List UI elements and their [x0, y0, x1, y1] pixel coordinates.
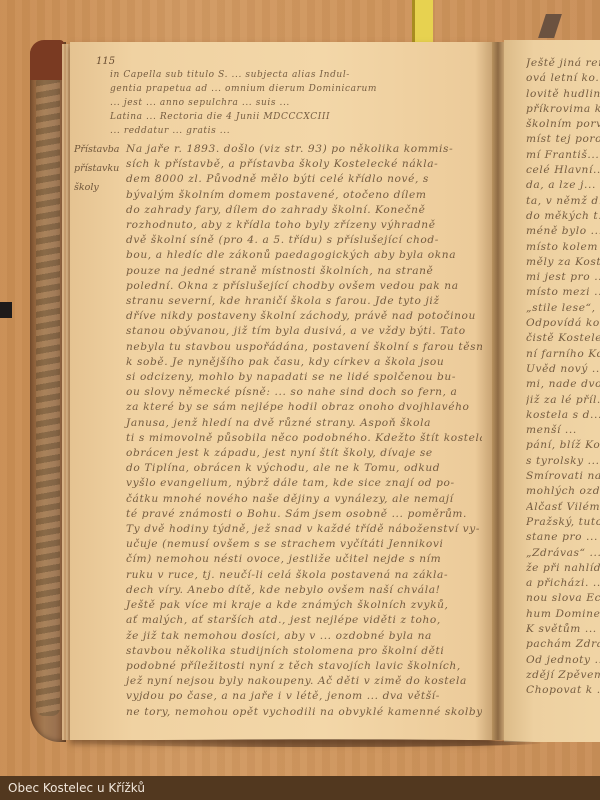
- handwritten-line: Smírovati na...: [526, 469, 600, 484]
- handwritten-line: jež nyní nejsou byly nakoupeny. Ač děti …: [126, 674, 482, 689]
- handwritten-line: mi jest pro ...: [526, 270, 600, 285]
- handwritten-line: pouze na jedné straně místnosti školních…: [126, 264, 482, 279]
- handwritten-line: míst tej poro...: [526, 132, 600, 147]
- handwritten-line: místo mezi ...: [526, 285, 600, 300]
- handwritten-line: do měkých t...: [526, 209, 600, 224]
- handwritten-line: Odpovídá kolo...: [526, 316, 600, 331]
- handwritten-line: a přicházi. ...: [526, 576, 600, 591]
- handwritten-line: polední. Okna z příslušející chodby ovše…: [126, 279, 482, 294]
- handwritten-line: Pražský, tuto ...: [526, 515, 600, 530]
- handwritten-line: hum Domine ...: [526, 607, 600, 622]
- handwritten-line: Janusa, jenž hledí na dvě různé strany. …: [126, 416, 482, 431]
- handwritten-line: školním porvaz...: [526, 117, 600, 132]
- handwritten-line: méně bylo ...: [526, 224, 600, 239]
- handwritten-line: stavbou několika studijních stolomena pr…: [126, 644, 482, 659]
- latin-line: ... reddatur ... gratis ...: [110, 124, 482, 138]
- handwritten-line: stane pro ...: [526, 530, 600, 545]
- handwritten-line: ne tory, nemohou opět vychodili na obvyk…: [126, 705, 482, 720]
- margin-note-line: školy: [74, 178, 122, 197]
- handwritten-line: ta, v němž d...: [526, 194, 600, 209]
- left-page-handwriting: in Capella sub titulo S. ... subjecta al…: [90, 68, 482, 720]
- handwritten-line: ou slovy německé písně: ... so nahe sind…: [126, 385, 482, 400]
- handwritten-line: mohlých ozdo...: [526, 484, 600, 499]
- handwritten-line: čím) nemohou nésti ovoce, jestliže učite…: [126, 552, 482, 567]
- handwritten-line: si odcizeny, mohlo by napadati se ne lid…: [126, 370, 482, 385]
- handwritten-line: do zahrady fary, dílem do zahrady školní…: [126, 203, 482, 218]
- handwritten-line: k sobě. Je nynějšího pak času, kdy círke…: [126, 355, 482, 370]
- handwritten-line: Na jaře r. 1893. došlo (viz str. 93) po …: [126, 142, 482, 157]
- latin-line: gentia prapetua ad ... omnium dierum Dom…: [110, 82, 482, 96]
- handwritten-line: rozhodnuto, aby z křídla toho byly zříze…: [126, 218, 482, 233]
- handwritten-line: lovitě hudlin...: [526, 87, 600, 102]
- latin-line: in Capella sub titulo S. ... subjecta al…: [110, 68, 482, 82]
- handwritten-line: té pravé známosti o Bohu. Sám jsem osobn…: [126, 507, 482, 522]
- handwritten-line: celé Hlavní...: [526, 163, 600, 178]
- margin-note-line: Přístavba: [74, 140, 122, 159]
- margin-note-line: přístavku: [74, 159, 122, 178]
- handwritten-line: příkrovima k...: [526, 102, 600, 117]
- handwritten-line: čistě Kostelec...: [526, 331, 600, 346]
- chronicle-body-text: Na jaře r. 1893. došlo (viz str. 93) po …: [126, 142, 482, 720]
- handwritten-line: ruku v ruce, tj. neučí-li celá škola pos…: [126, 568, 482, 583]
- handwritten-line: že při nahlídce...: [526, 561, 600, 576]
- handwritten-line: sích k přístavbě, a přístavba školy Kost…: [126, 157, 482, 172]
- latin-line: Latina ... Rectoria die 4 Junii MDCCCXCI…: [110, 110, 482, 124]
- handwritten-line: čátku mnohé nového naše dějiny a vynález…: [126, 492, 482, 507]
- handwritten-line: obrácen jest k západu, jest nyní štít šk…: [126, 446, 482, 461]
- handwritten-line: ová letní ko...: [526, 71, 600, 86]
- handwritten-line: ní farního Ko...: [526, 347, 600, 362]
- dark-ribbon-bookmark: [0, 302, 12, 318]
- handwritten-line: Od jednoty ...: [526, 653, 600, 668]
- handwritten-line: mi, nade dvor...: [526, 377, 600, 392]
- handwritten-line: da, a lze j...: [526, 178, 600, 193]
- handwritten-line: Uvěd nový ...: [526, 362, 600, 377]
- handwritten-line: pání, blíž Ko...: [526, 438, 600, 453]
- handwritten-line: Ještě pak více mi kraje a kde známých šk…: [126, 598, 482, 613]
- handwritten-line: učuje (nemusí ovšem s se strachem vyčítá…: [126, 537, 482, 552]
- handwritten-line: dříve nikdy postaveny školní záchody, pr…: [126, 309, 482, 324]
- marbled-cover-pattern: [36, 56, 60, 716]
- handwritten-line: menší ...: [526, 423, 600, 438]
- handwritten-line: Alčasť Vilém ...: [526, 500, 600, 515]
- handwritten-line: místo kolem ...: [526, 240, 600, 255]
- handwritten-line: pachám Zdráv...: [526, 637, 600, 652]
- handwritten-line: bou, a hledíc dle zákonů paedagogických …: [126, 248, 482, 263]
- handwritten-line: Ještě jiná rem...: [526, 56, 600, 71]
- margin-note: Přístavba přístavku školy: [74, 140, 122, 197]
- handwritten-line: nebyla tu stavbou uspořádána, postavení …: [126, 340, 482, 355]
- handwritten-line: ať malých, ať starších atd., jest nejlép…: [126, 613, 482, 628]
- handwritten-line: bývalým školním domem postavené, otočeno…: [126, 188, 482, 203]
- handwritten-line: s tyrolsky ...: [526, 454, 600, 469]
- handwritten-line: již za lé příl...: [526, 393, 600, 408]
- handwritten-line: stranu severní, kde hraničí škola s faro…: [126, 294, 482, 309]
- handwritten-line: dvě školní síně (pro 4. a 5. třídu) s př…: [126, 233, 482, 248]
- handwritten-line: mí Františ...: [526, 148, 600, 163]
- handwritten-line: „Zdrávas“ ...: [526, 546, 600, 561]
- red-leather-corner: [30, 40, 64, 80]
- handwritten-line: do Tiplína, obrácen k východu, ale ne k …: [126, 461, 482, 476]
- handwritten-line: „stile lese“, ...: [526, 301, 600, 316]
- handwritten-line: dech víry. Anebo dítě, kde nebylo ovšem …: [126, 583, 482, 598]
- handwritten-line: že již tak nemohou dosíci, aby v ... ozd…: [126, 629, 482, 644]
- handwritten-line: ti s mimovolně působila něco podobného. …: [126, 431, 482, 446]
- handwritten-line: K světům ...: [526, 622, 600, 637]
- handwritten-line: vyšlo evangelium, nýbrž dále tam, kde si…: [126, 476, 482, 491]
- handwritten-line: stanou obývanou, již tím byla dusivá, a …: [126, 324, 482, 339]
- caption-title: Obec Kostelec u Křížků: [8, 781, 145, 795]
- handwritten-line: kostela s d...: [526, 408, 600, 423]
- page-number: 115: [96, 56, 115, 67]
- page-shadow: [84, 739, 544, 747]
- handwritten-line: vyjdou po čase, a na jaře i v létě, jeno…: [126, 689, 482, 704]
- handwritten-line: za které by se sám nejlépe hodil obraz o…: [126, 400, 482, 415]
- handwritten-line: Ty dvě hodiny týdně, jež snad v každé tř…: [126, 522, 482, 537]
- caption-bar: Obec Kostelec u Křížků: [0, 776, 600, 800]
- handwritten-line: dem 8000 zl. Původně mělo býti celé kříd…: [126, 172, 482, 187]
- handwritten-line: podobné příležitosti nyní z těch stavojí…: [126, 659, 482, 674]
- handwritten-line: nou slova Ecce...: [526, 591, 600, 606]
- latin-line: ... jest ... anno sepulchra ... suis ...: [110, 96, 482, 110]
- handwritten-line: Chopovat k ...: [526, 683, 600, 698]
- book-gutter: [492, 42, 504, 740]
- handwritten-line: měly za Kost...: [526, 255, 600, 270]
- right-page-handwriting: Ještě jiná rem...ová letní ko...lovitě h…: [526, 56, 600, 698]
- handwritten-line: zdějí Zpěvem...: [526, 668, 600, 683]
